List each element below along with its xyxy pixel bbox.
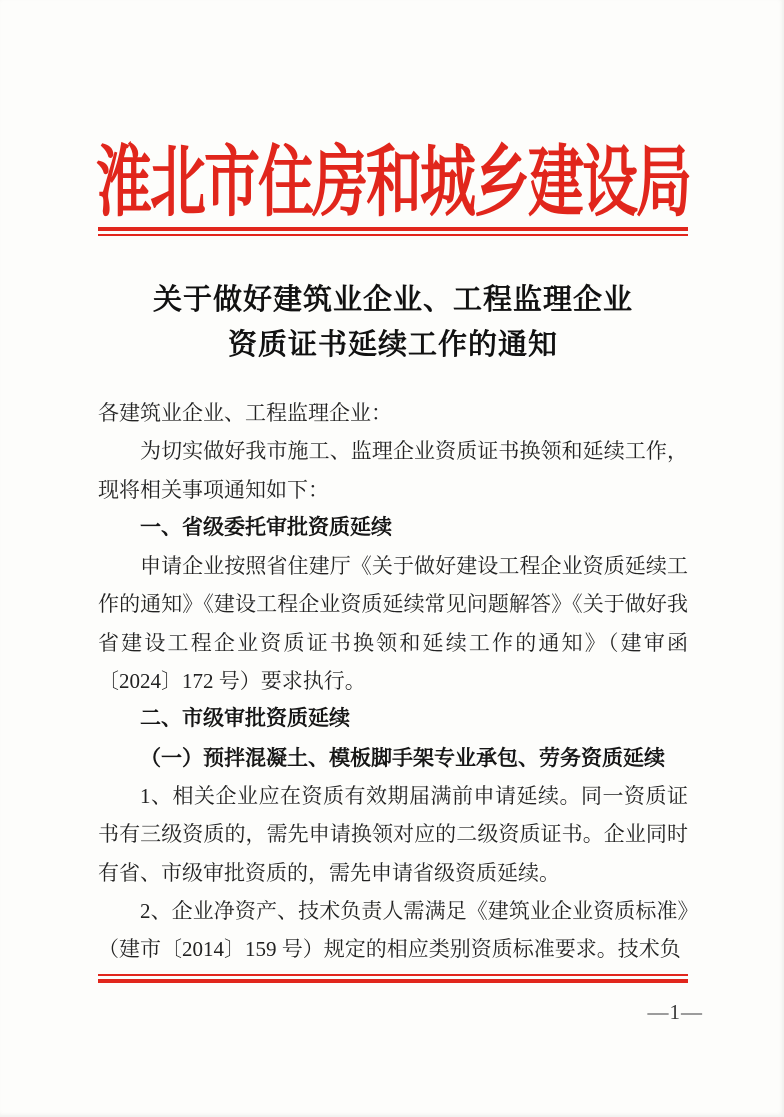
page-number: —1—: [648, 1000, 704, 1025]
document-title-line2: 资质证书延续工作的通知: [98, 323, 688, 368]
letterhead: 淮北市住房和城乡建设局: [98, 128, 688, 226]
footer-rule-thick-bar: [98, 979, 688, 983]
item-2-paragraph: 2、企业净资产、技术负责人需满足《建筑业企业资质标准》（建市〔2014〕159 …: [98, 892, 688, 969]
document-page: 淮北市住房和城乡建设局 关于做好建筑业企业、工程监理企业 资质证书延续工作的通知…: [0, 0, 784, 1117]
document-body: 各建筑业企业、工程监理企业： 为切实做好我市施工、监理企业资质证书换领和延续工作…: [98, 394, 688, 968]
footer-double-rule: [98, 974, 688, 983]
agency-name: 淮北市住房和城乡建设局: [96, 122, 690, 232]
section-1-paragraph: 申请企业按照省住建厅《关于做好建设工程企业资质延续工作的通知》《建设工程企业资质…: [98, 547, 688, 700]
section-1-heading: 一、省级委托审批资质延续: [98, 509, 688, 547]
document-title-line1: 关于做好建筑业企业、工程监理企业: [98, 278, 688, 323]
section-2-sub-1-heading: （一）预拌混凝土、模板脚手架专业承包、劳务资质延续: [98, 739, 688, 777]
header-rule-thin-bar: [98, 234, 688, 236]
section-2-heading: 二、市级审批资质延续: [98, 700, 688, 738]
intro-paragraph: 为切实做好我市施工、监理企业资质证书换领和延续工作，现将相关事项通知如下：: [98, 432, 688, 509]
salutation: 各建筑业企业、工程监理企业：: [98, 394, 688, 432]
header-double-rule: [98, 227, 688, 236]
document-title: 关于做好建筑业企业、工程监理企业 资质证书延续工作的通知: [98, 278, 688, 368]
item-1-paragraph: 1、相关企业应在资质有效期届满前申请延续。同一资质证书有三级资质的，需先申请换领…: [98, 777, 688, 892]
